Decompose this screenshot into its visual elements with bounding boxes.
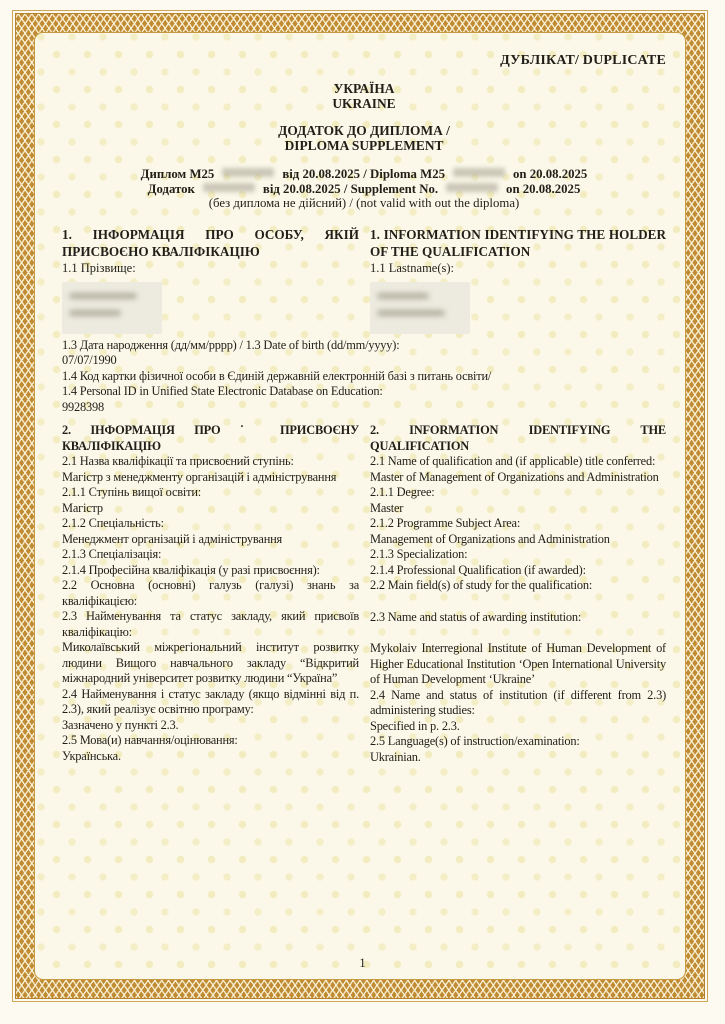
supplement-number-part1: Додаток — [148, 182, 195, 196]
section2-line-en: 2.4 Name and status of institution (if d… — [370, 688, 666, 719]
section2-line-ua: 2.1.4 Професійна кваліфікація (у разі пр… — [62, 563, 359, 579]
lastname-label-en: 1.1 Lastname(s): — [370, 261, 666, 277]
section2-left-column: 2. ІНФОРМАЦІЯ ПРО ˙ ПРИСВОЄНУ КВАЛІФІКАЦ… — [62, 423, 359, 765]
section2-line-ua: Менеджмент організацій і адміністрування — [62, 532, 359, 548]
country-title: УКРАЇНА UKRAINE — [62, 81, 666, 111]
diploma-numbers-block: Диплом М25від 20.08.2025 / Diploma M25on… — [62, 167, 666, 211]
document-title-ua: ДОДАТОК ДО ДИПЛОМА / — [62, 123, 666, 138]
detail-line: 9928398 — [62, 400, 666, 416]
section2-line-en: Management of Organizations and Administ… — [370, 532, 666, 548]
section2-line-ua: Зазначено у пункті 2.3. — [62, 718, 359, 734]
redacted-text-smudge — [69, 310, 121, 316]
section2-line-en: 2.1.4 Professional Qualification (if awa… — [370, 563, 666, 579]
section2-line-ua: 2.1 Назва кваліфікації та присвоєний сту… — [62, 454, 359, 470]
section2-line-en: Mykolaiv Interregional Institute of Huma… — [370, 641, 666, 688]
redacted-text-smudge — [69, 293, 137, 299]
section2-line-en: 2.1.3 Specialization: — [370, 547, 666, 563]
section1-heading-en: 1. INFORMATION IDENTIFYING THE HOLDER OF… — [370, 226, 666, 261]
section2-line-en: 2.3 Name and status of awarding institut… — [370, 610, 666, 626]
detail-line: 07/07/1990 — [62, 353, 666, 369]
section2-line-ua: 2.4 Найменування і статус закладу (якщо … — [62, 687, 359, 718]
section2-right-column: 2. INFORMATION IDENTIFYING THE QUALIFICA… — [370, 423, 666, 765]
supplement-number-line: Додатоквід 20.08.2025 / Supplement No.on… — [62, 182, 666, 197]
section2-line-ua: 2.1.2 Спеціальність: — [62, 516, 359, 532]
country-title-ua: УКРАЇНА — [62, 81, 666, 96]
section2-line-ua: 2.2 Основна (основні) галузь (галузі) зн… — [62, 578, 359, 609]
diploma-number-part1: Диплом М25 — [141, 167, 215, 181]
section2-line-ua: 2.1.3 Спеціалізація: — [62, 547, 359, 563]
section2-line-en: Specified in p. 2.3. — [370, 719, 666, 735]
diploma-number-line: Диплом М25від 20.08.2025 / Diploma M25on… — [62, 167, 666, 182]
redacted-text-smudge — [377, 293, 429, 299]
duplicate-label: ДУБЛІКАТ/ DUPLICATE — [62, 52, 666, 69]
detail-line: 1.4 Код картки фізичної особи в Єдиній д… — [62, 369, 666, 385]
section2-line-en: 2. INFORMATION IDENTIFYING THE QUALIFICA… — [370, 423, 666, 454]
redacted-name-ua — [62, 282, 162, 334]
redacted-diploma-serial-en — [453, 168, 505, 177]
section1-left-column: 1. ІНФОРМАЦІЯ ПРО ОСОБУ, ЯКІЙ ПРИСВОЄНО … — [62, 226, 359, 336]
redacted-supplement-serial — [203, 183, 255, 192]
redacted-name-en — [370, 282, 470, 334]
page-content: ДУБЛІКАТ/ DUPLICATE УКРАЇНА UKRAINE ДОДА… — [62, 52, 666, 765]
section2-line-ua: 2.1.1 Ступінь вищої освіти: — [62, 485, 359, 501]
redacted-diploma-serial — [222, 168, 274, 177]
supplement-number-part3: on 20.08.2025 — [506, 182, 580, 196]
detail-line: 1.4 Personal ID in Unified State Electro… — [62, 384, 666, 400]
section1-heading-ua: 1. ІНФОРМАЦІЯ ПРО ОСОБУ, ЯКІЙ ПРИСВОЄНО … — [62, 226, 359, 261]
section2-line-ua: Миколаївський міжрегіональний інститут р… — [62, 640, 359, 687]
section1-details: 1.3 Дата народження (дд/мм/рррр) / 1.3 D… — [62, 338, 666, 416]
lastname-label-ua: 1.1 Прізвище: — [62, 261, 359, 277]
section2-line-en: Master — [370, 501, 666, 517]
section1-right-column: 1. INFORMATION IDENTIFYING THE HOLDER OF… — [370, 226, 666, 336]
country-title-en: UKRAINE — [62, 96, 666, 111]
diploma-number-part3: on 20.08.2025 — [513, 167, 587, 181]
section-1: 1. ІНФОРМАЦІЯ ПРО ОСОБУ, ЯКІЙ ПРИСВОЄНО … — [62, 226, 666, 336]
diploma-number-part2: від 20.08.2025 / Diploma M25 — [282, 167, 445, 181]
section2-line-ua: 2.3 Найменування та статус закладу, який… — [62, 609, 359, 640]
section2-line-en: 2.1.1 Degree: — [370, 485, 666, 501]
supplement-number-part2: від 20.08.2025 / Supplement No. — [263, 182, 438, 196]
section2-line-en: Master of Management of Organizations an… — [370, 470, 666, 486]
section-2: 2. ІНФОРМАЦІЯ ПРО ˙ ПРИСВОЄНУ КВАЛІФІКАЦ… — [62, 423, 666, 765]
document-title-en: DIPLOMA SUPPLEMENT — [62, 138, 666, 153]
redacted-supplement-serial-en — [446, 183, 498, 192]
section2-line-ua: Магістр — [62, 501, 359, 517]
page-number: 1 — [0, 956, 725, 971]
section2-line-en: 2.5 Language(s) of instruction/examinati… — [370, 734, 666, 750]
section2-line-ua: 2.5 Мова(и) навчання/оцінювання: — [62, 733, 359, 749]
section2-line-en: 2.1 Name of qualification and (if applic… — [370, 454, 666, 470]
section2-line-ua: Українська. — [62, 749, 359, 765]
diploma-supplement-page: ДУБЛІКАТ/ DUPLICATE УКРАЇНА UKRAINE ДОДА… — [0, 0, 725, 1024]
document-title: ДОДАТОК ДО ДИПЛОМА / DIPLOMA SUPPLEMENT — [62, 123, 666, 153]
section2-line-en: 2.1.2 Programme Subject Area: — [370, 516, 666, 532]
section2-line-en: Ukrainian. — [370, 750, 666, 766]
detail-line: 1.3 Дата народження (дд/мм/рррр) / 1.3 D… — [62, 338, 666, 354]
section2-line-ua: Магістр з менеджменту організацій і адмі… — [62, 470, 359, 486]
validity-note: (без диплома не дійсний) / (not valid wi… — [62, 196, 666, 211]
section2-line-ua: 2. ІНФОРМАЦІЯ ПРО ˙ ПРИСВОЄНУ КВАЛІФІКАЦ… — [62, 423, 359, 454]
section2-line-en: 2.2 Main field(s) of study for the quali… — [370, 578, 666, 594]
redacted-text-smudge — [377, 310, 445, 316]
